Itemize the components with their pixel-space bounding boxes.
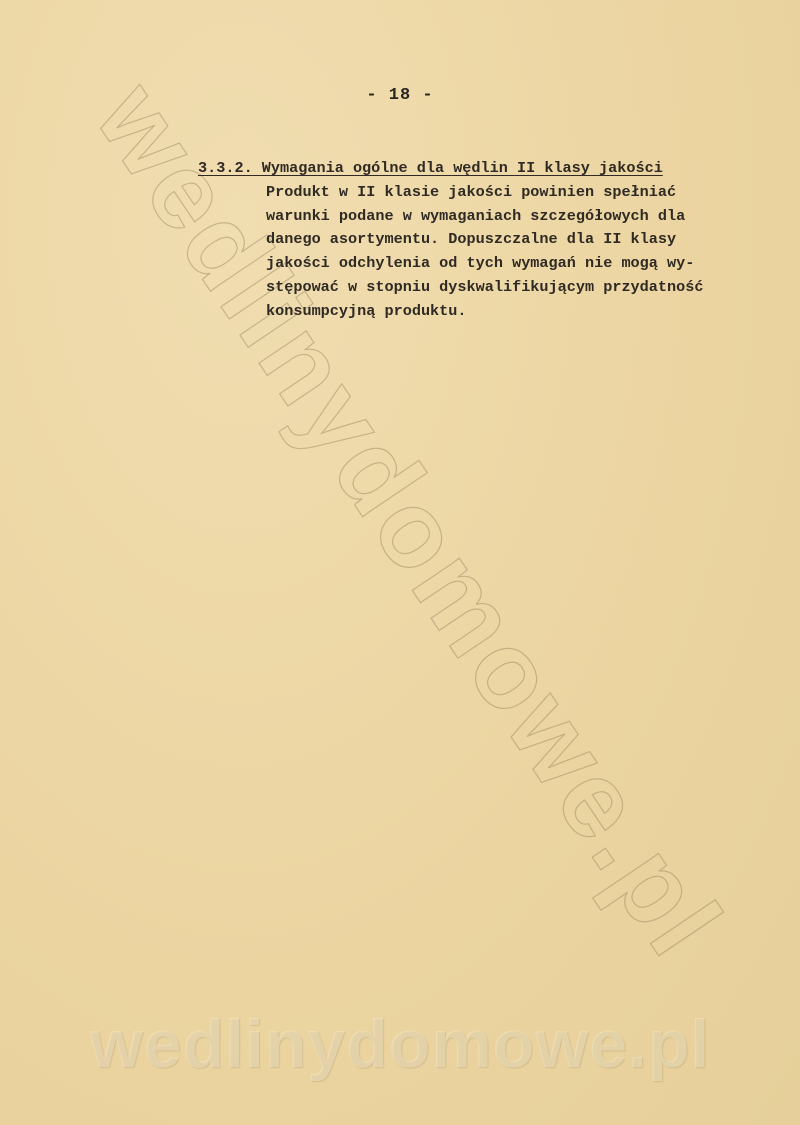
paragraph-line: stępować w stopniu dyskwalifikującym prz…	[198, 276, 758, 300]
paragraph-line: danego asortymentu. Dopuszczalne dla II …	[198, 228, 758, 252]
paragraph-line: Produkt w II klasie jakości powinien spe…	[198, 181, 758, 205]
paragraph-line: jakości odchylenia od tych wymagań nie m…	[198, 252, 758, 276]
section-heading: 3.3.2. Wymagania ogólne dla wędlin II kl…	[198, 157, 758, 181]
paragraph-line: warunki podane w wymaganiach szczegółowy…	[198, 205, 758, 229]
page-number: - 18 -	[0, 86, 800, 105]
section-3-3-2: 3.3.2. Wymagania ogólne dla wędlin II kl…	[198, 157, 758, 324]
paragraph-line: konsumpcyjną produktu.	[198, 300, 758, 324]
bottom-watermark: wedlinydomowe.pl	[0, 1005, 800, 1083]
